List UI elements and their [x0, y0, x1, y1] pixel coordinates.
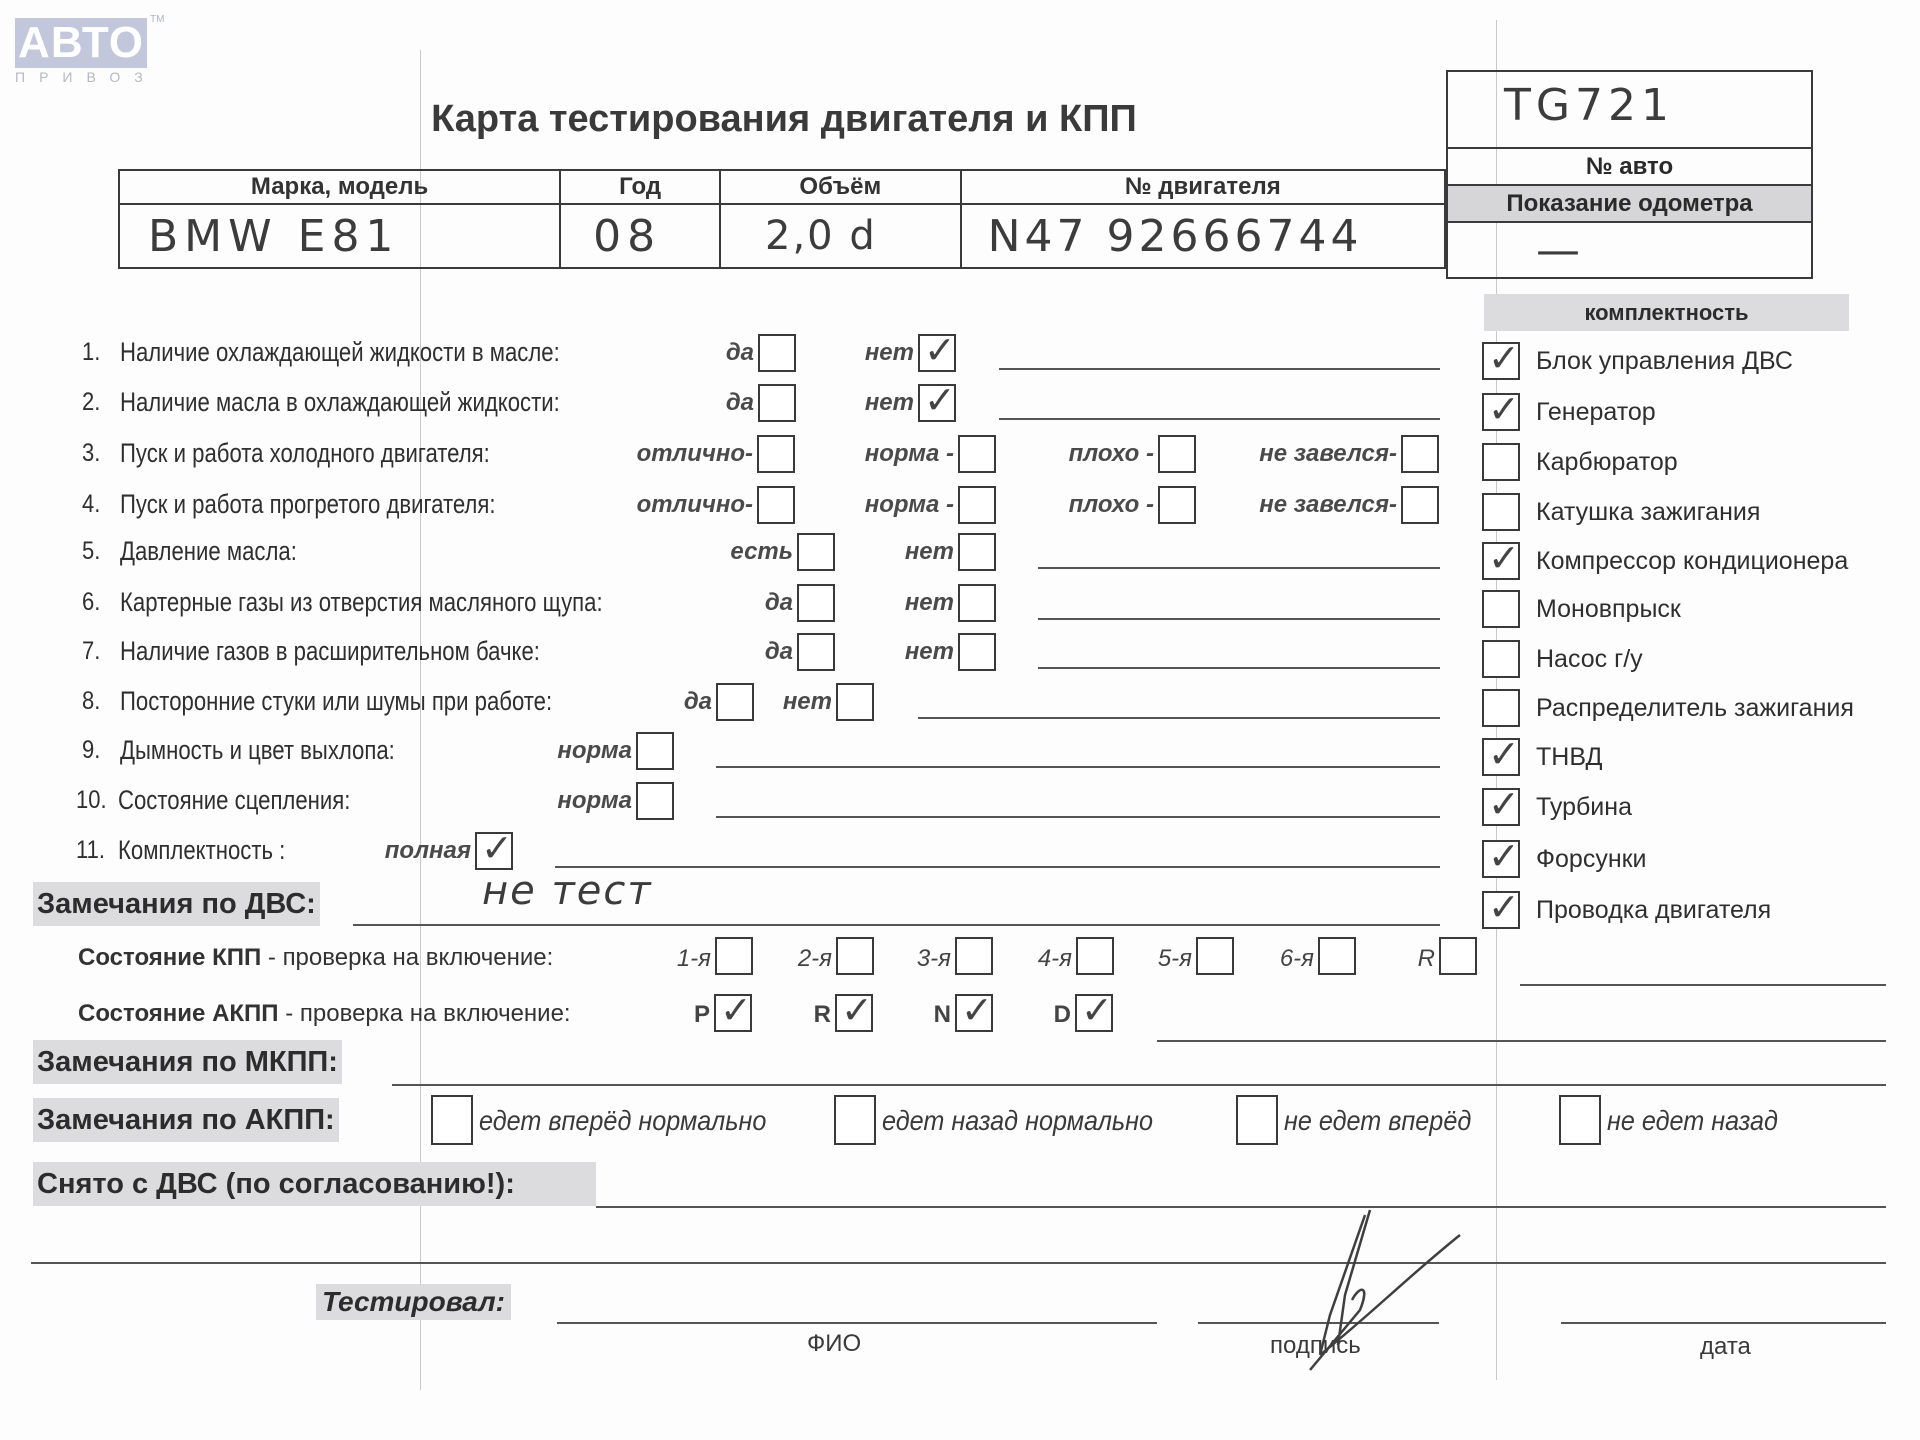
akpp-remark-label: не едет назад	[1607, 1105, 1778, 1137]
completeness-item-label: Форсунки	[1536, 845, 1647, 874]
option-label: нет	[796, 589, 954, 617]
gear-position-checkbox[interactable]	[955, 994, 993, 1032]
gear-position-label: D	[1045, 1001, 1071, 1029]
completeness-item-label: Проводка двигателя	[1536, 896, 1771, 925]
question-number: 3.	[82, 439, 100, 468]
removed-parts-label: Снято с ДВС (по согласованию!):	[33, 1162, 596, 1206]
question-notes-field[interactable]	[1038, 667, 1440, 669]
completeness-checkbox[interactable]	[1482, 738, 1520, 776]
option-label: нет	[674, 688, 832, 716]
completeness-item-label: Генератор	[1536, 398, 1656, 427]
odometer-value: —	[1536, 225, 1586, 276]
gear-label: 2-я	[778, 945, 832, 973]
tester-name-field[interactable]	[557, 1322, 1157, 1324]
question-checkbox[interactable]	[836, 683, 874, 721]
akpp-remark-label: едет назад нормально	[882, 1105, 1153, 1137]
question-number: 10.	[76, 786, 107, 815]
option-label: нет	[756, 339, 914, 367]
question-notes-field[interactable]	[1038, 618, 1440, 620]
option-label: да	[635, 589, 793, 617]
question-number: 9.	[82, 736, 100, 765]
completeness-item-label: Блок управления ДВС	[1536, 347, 1793, 376]
vehicle-table: Марка, модель Год Объём № двигателя BMW …	[118, 169, 1446, 269]
completeness-checkbox[interactable]	[1482, 443, 1520, 481]
question-checkbox[interactable]	[1158, 435, 1196, 473]
option-label: полная	[313, 837, 471, 865]
akpp-remark-label: не едет вперёд	[1284, 1105, 1471, 1137]
manual-gearbox-label: Состояние КПП - проверка на включение:	[78, 944, 553, 972]
engine-remarks-field[interactable]	[353, 924, 1440, 926]
logo-subtitle: ПРИВОЗ	[15, 69, 150, 85]
gear-position-checkbox[interactable]	[1075, 994, 1113, 1032]
completeness-checkbox[interactable]	[1482, 542, 1520, 580]
gear-label: 5-я	[1138, 945, 1192, 973]
car-number-label: № авто	[1448, 149, 1811, 186]
completeness-item-label: Распределитель зажигания	[1536, 694, 1854, 723]
page-title-text: Карта тестирования двигателя и КПП	[431, 98, 1137, 140]
completeness-checkbox[interactable]	[1482, 788, 1520, 826]
question-notes-field[interactable]	[918, 717, 1440, 719]
question-text: Состояние сцепления:	[118, 785, 350, 816]
year-field[interactable]: 08	[560, 204, 720, 268]
question-text: Пуск и работа прогретого двигателя:	[120, 489, 495, 520]
gear-checkbox[interactable]	[1076, 937, 1114, 975]
manual-gearbox-label-rest: - проверка на включение:	[261, 944, 553, 971]
name-caption: ФИО	[807, 1330, 861, 1358]
header-year: Год	[560, 170, 720, 204]
question-notes-field[interactable]	[999, 368, 1440, 370]
volume-value: 2,0 d	[765, 213, 877, 259]
engine-remarks-label: Замечания по ДВС:	[33, 882, 320, 926]
odometer-label: Показание одометра	[1448, 186, 1811, 223]
akpp-remark-label: едет вперёд нормально	[479, 1105, 766, 1137]
question-number: 2.	[82, 388, 100, 417]
gear-position-label: R	[805, 1001, 831, 1029]
handwritten-signature	[1220, 1205, 1480, 1375]
engine-number-field[interactable]: N47 92666744	[961, 204, 1445, 268]
option-label: да	[596, 389, 754, 417]
year-value: 08	[593, 211, 661, 262]
volume-field[interactable]: 2,0 d	[720, 204, 961, 268]
completeness-checkbox[interactable]	[1482, 342, 1520, 380]
gear-label: 1-я	[657, 945, 711, 973]
auto-gearbox-notes-field[interactable]	[1157, 1040, 1886, 1042]
page-title: Карта тестирования двигателя и КПП	[0, 98, 1568, 141]
manual-gearbox-label-bold: Состояние КПП	[78, 944, 261, 971]
make-model-field[interactable]: BMW E81	[119, 204, 560, 268]
question-number: 6.	[82, 588, 100, 617]
make-model-value: BMW E81	[148, 211, 399, 262]
option-label: отлично-	[595, 491, 753, 519]
gear-position-label: P	[684, 1001, 710, 1029]
odometer-field[interactable]: —	[1448, 223, 1811, 281]
gear-checkbox[interactable]	[715, 937, 753, 975]
gear-checkbox[interactable]	[836, 937, 874, 975]
question-number: 8.	[82, 687, 100, 716]
gear-checkbox[interactable]	[1318, 937, 1356, 975]
option-label: да	[596, 339, 754, 367]
question-text: Картерные газы из отверстия масляного щу…	[120, 587, 603, 618]
question-checkbox[interactable]	[958, 633, 996, 671]
question-number: 11.	[76, 836, 105, 865]
gear-label: 6-я	[1260, 945, 1314, 973]
question-number: 4.	[82, 490, 100, 519]
completeness-checkbox[interactable]	[1482, 689, 1520, 727]
akpp-remark-checkbox[interactable]	[834, 1095, 876, 1145]
option-label: не завелся-	[1239, 440, 1397, 468]
option-label: не завелся-	[1239, 491, 1397, 519]
mkpp-remarks-field[interactable]	[392, 1084, 1886, 1086]
completeness-item-label: Насос г/у	[1536, 645, 1643, 674]
option-label: норма	[474, 787, 632, 815]
date-caption: дата	[1700, 1333, 1751, 1361]
option-label: плохо -	[996, 491, 1154, 519]
question-notes-field[interactable]	[1038, 567, 1440, 569]
question-checkbox[interactable]	[1401, 486, 1439, 524]
gear-position-label: N	[925, 1001, 951, 1029]
gear-position-checkbox[interactable]	[714, 994, 752, 1032]
option-label: нет	[796, 538, 954, 566]
completeness-header: комплектность	[1484, 294, 1849, 331]
question-text: Комплектность :	[118, 835, 285, 866]
question-text: Наличие масла в охлаждающей жидкости:	[120, 387, 560, 418]
gear-label: 4-я	[1018, 945, 1072, 973]
car-number-value: TG721	[1504, 80, 1674, 131]
option-label: да	[635, 638, 793, 666]
header-engine-number: № двигателя	[961, 170, 1445, 204]
logo-trademark: TM	[150, 14, 164, 25]
question-text: Пуск и работа холодного двигателя:	[120, 438, 490, 469]
completeness-checkbox[interactable]	[1482, 891, 1520, 929]
question-checkbox[interactable]	[1158, 486, 1196, 524]
completeness-checkbox[interactable]	[1482, 640, 1520, 678]
question-text: Посторонние стуки или шумы при работе:	[120, 686, 552, 717]
question-number: 1.	[82, 338, 100, 367]
question-checkbox[interactable]	[757, 486, 795, 524]
logo: АВТО	[15, 18, 147, 68]
completeness-item-label: Моновпрыск	[1536, 595, 1681, 624]
question-notes-field[interactable]	[555, 866, 1440, 868]
question-number: 5.	[82, 537, 100, 566]
option-label: норма -	[796, 491, 954, 519]
question-checkbox[interactable]	[757, 435, 795, 473]
auto-gearbox-label-bold: Состояние АКПП	[78, 1000, 279, 1027]
question-text: Наличие охлаждающей жидкости в масле:	[120, 337, 560, 368]
question-text: Дымность и цвет выхлопа:	[120, 735, 395, 766]
gear-label: 3-я	[897, 945, 951, 973]
question-checkbox[interactable]	[958, 435, 996, 473]
auto-gearbox-label-rest: - проверка на включение:	[279, 1000, 571, 1027]
gear-checkbox[interactable]	[955, 937, 993, 975]
manual-gearbox-notes-field[interactable]	[1520, 984, 1886, 986]
akpp-remark-checkbox[interactable]	[1559, 1095, 1601, 1145]
gear-checkbox[interactable]	[1439, 937, 1477, 975]
engine-number-value: N47 92666744	[988, 211, 1363, 262]
akpp-remarks-label: Замечания по АКПП:	[33, 1098, 339, 1142]
option-label: нет	[756, 389, 914, 417]
question-checkbox[interactable]	[918, 334, 956, 372]
option-label: плохо -	[996, 440, 1154, 468]
option-label: нет	[796, 638, 954, 666]
question-checkbox[interactable]	[475, 832, 513, 870]
header-volume: Объём	[720, 170, 961, 204]
question-number: 7.	[82, 637, 100, 666]
question-checkbox[interactable]	[1401, 435, 1439, 473]
question-checkbox[interactable]	[958, 533, 996, 571]
completeness-checkbox[interactable]	[1482, 393, 1520, 431]
car-number-field[interactable]: TG721	[1448, 72, 1811, 149]
question-checkbox[interactable]	[636, 732, 674, 770]
auto-gearbox-label: Состояние АКПП - проверка на включение:	[78, 1000, 571, 1028]
option-label: есть	[635, 538, 793, 566]
question-text: Наличие газов в расширительном бачке:	[120, 636, 540, 667]
removed-parts-field-2[interactable]	[31, 1262, 1886, 1264]
akpp-remark-checkbox[interactable]	[431, 1095, 473, 1145]
engine-remarks-value: не тест	[482, 868, 653, 914]
question-text: Давление масла:	[120, 536, 297, 567]
question-checkbox[interactable]	[958, 584, 996, 622]
gear-label: R	[1381, 945, 1435, 973]
gear-checkbox[interactable]	[1196, 937, 1234, 975]
completeness-item-label: Катушка зажигания	[1536, 498, 1760, 527]
completeness-checkbox[interactable]	[1482, 493, 1520, 531]
header-make-model: Марка, модель	[119, 170, 560, 204]
question-checkbox[interactable]	[636, 782, 674, 820]
car-info-box: TG721 № авто Показание одометра —	[1446, 70, 1813, 279]
completeness-checkbox[interactable]	[1482, 590, 1520, 628]
akpp-remark-checkbox[interactable]	[1236, 1095, 1278, 1145]
completeness-checkbox[interactable]	[1482, 840, 1520, 878]
question-notes-field[interactable]	[999, 418, 1440, 420]
question-notes-field[interactable]	[716, 766, 1440, 768]
question-notes-field[interactable]	[716, 816, 1440, 818]
completeness-item-label: Компрессор кондиционера	[1536, 547, 1848, 576]
question-checkbox[interactable]	[958, 486, 996, 524]
mkpp-remarks-label: Замечания по МКПП:	[33, 1040, 342, 1084]
question-checkbox[interactable]	[918, 384, 956, 422]
option-label: отлично-	[595, 440, 753, 468]
gear-position-checkbox[interactable]	[835, 994, 873, 1032]
option-label: норма -	[796, 440, 954, 468]
completeness-item-label: ТНВД	[1536, 743, 1602, 772]
option-label: норма	[474, 737, 632, 765]
date-field[interactable]	[1561, 1322, 1886, 1324]
tested-by-label: Тестировал:	[316, 1284, 511, 1320]
completeness-item-label: Карбюратор	[1536, 448, 1678, 477]
completeness-item-label: Турбина	[1536, 793, 1632, 822]
